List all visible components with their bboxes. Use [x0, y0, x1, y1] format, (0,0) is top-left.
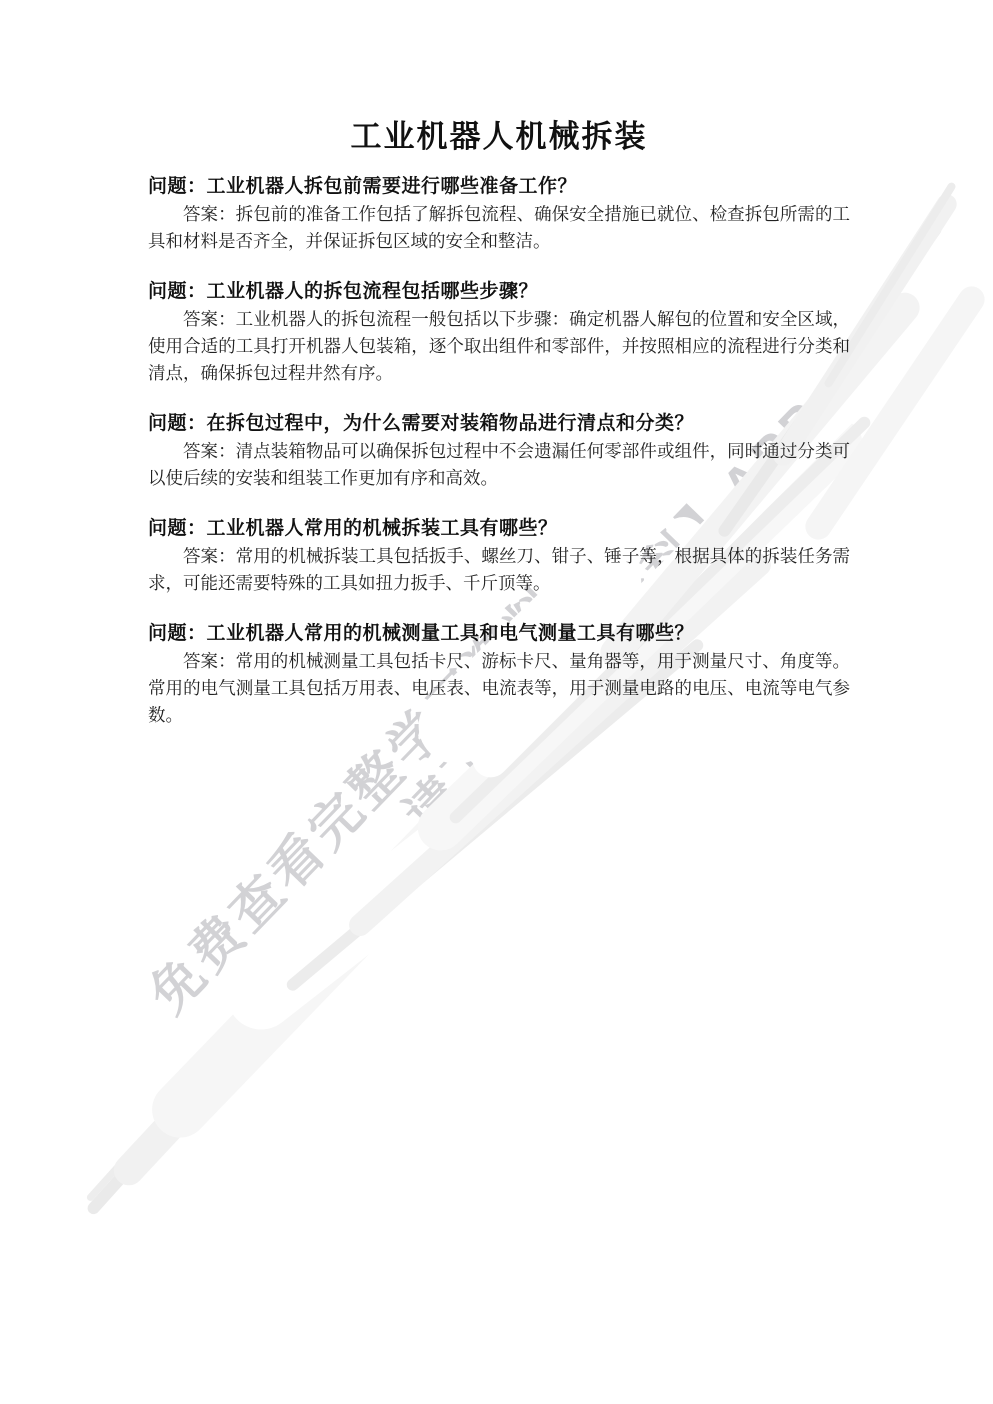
question-heading: 问题：工业机器人拆包前需要进行哪些准备工作？: [148, 175, 850, 199]
question-heading: 问题：在拆包过程中，为什么需要对装箱物品进行清点和分类？: [148, 412, 850, 436]
page-title: 工业机器人机械拆装: [148, 120, 850, 154]
answer-paragraph: 答案：工业机器人的拆包流程一般包括以下步骤：确定机器人解包的位置和安全区域，使用…: [148, 306, 850, 387]
qa-block: 问题：工业机器人常用的机械测量工具和电气测量工具有哪些？ 答案：常用的机械测量工…: [148, 622, 850, 729]
answer-paragraph: 答案：常用的机械测量工具包括卡尺、游标卡尺、量角器等，用于测量尺寸、角度等。常用…: [148, 648, 850, 729]
qa-block: 问题：工业机器人常用的机械拆装工具有哪些？ 答案：常用的机械拆装工具包括扳手、螺…: [148, 517, 850, 597]
qa-block: 问题：工业机器人拆包前需要进行哪些准备工作？ 答案：拆包前的准备工作包括了解拆包…: [148, 175, 850, 255]
question-heading: 问题：工业机器人常用的机械拆装工具有哪些？: [148, 517, 850, 541]
question-heading: 问题：工业机器人的拆包流程包括哪些步骤？: [148, 280, 850, 304]
document-content: 工业机器人机械拆装 问题：工业机器人拆包前需要进行哪些准备工作？ 答案：拆包前的…: [148, 120, 850, 754]
document-page: 免费查看完整学习资料 请下载【不挂科】APP 工业机器人机械拆装 问题：工业机器…: [0, 0, 993, 1404]
qa-block: 问题：在拆包过程中，为什么需要对装箱物品进行清点和分类？ 答案：清点装箱物品可以…: [148, 412, 850, 492]
answer-paragraph: 答案：清点装箱物品可以确保拆包过程中不会遗漏任何零部件或组件，同时通过分类可以使…: [148, 438, 850, 492]
answer-paragraph: 答案：常用的机械拆装工具包括扳手、螺丝刀、钳子、锤子等，根据具体的拆装任务需求，…: [148, 543, 850, 597]
answer-paragraph: 答案：拆包前的准备工作包括了解拆包流程、确保安全措施已就位、检查拆包所需的工具和…: [148, 201, 850, 255]
question-heading: 问题：工业机器人常用的机械测量工具和电气测量工具有哪些？: [148, 622, 850, 646]
qa-block: 问题：工业机器人的拆包流程包括哪些步骤？ 答案：工业机器人的拆包流程一般包括以下…: [148, 280, 850, 387]
